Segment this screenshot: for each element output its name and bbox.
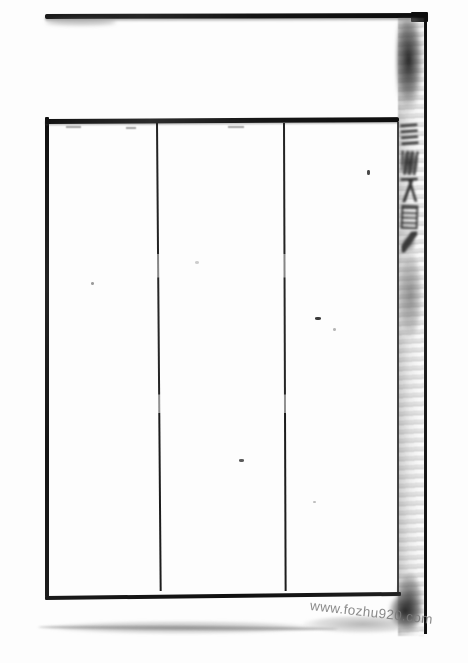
top-edge-smudge [46, 19, 116, 25]
spine-smudge-top [396, 18, 424, 122]
spine-glyph [400, 178, 418, 203]
spine-glyph [400, 205, 418, 230]
paper-speck [315, 317, 321, 320]
spine-glyph [400, 151, 418, 176]
frame-border-bottom [45, 592, 401, 600]
ink-dash [126, 127, 136, 129]
column-divider [283, 123, 286, 591]
sheet-right-edge-line [424, 17, 427, 634]
sheet-top-edge-line [45, 13, 427, 19]
spine-glyph [400, 231, 419, 252]
ink-dash [66, 126, 81, 128]
spine-title-label [398, 122, 420, 272]
paper-speck [313, 501, 316, 503]
paper-speck [91, 282, 94, 285]
paper-speck [333, 328, 336, 331]
paper-speck [195, 261, 199, 264]
frame-border-top [45, 117, 399, 123]
spine-glyph [400, 123, 419, 148]
ink-dash [228, 126, 244, 128]
column-divider [156, 123, 161, 591]
scanned-page: www.fozhu920.com [0, 0, 468, 663]
paper-speck [239, 459, 244, 462]
paper-speck [367, 170, 370, 175]
frame-border-left [45, 117, 49, 597]
